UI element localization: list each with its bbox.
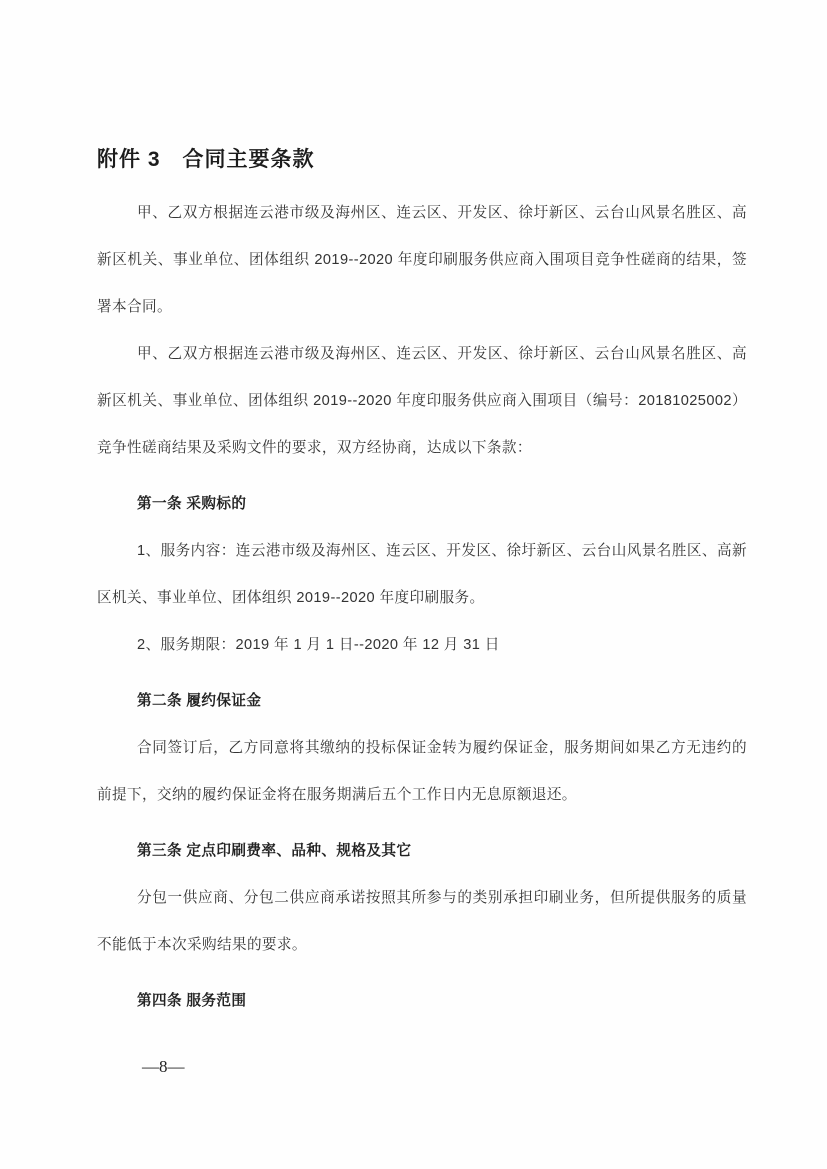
section-heading-article-3: 第三条 定点印刷费率、品种、规格及其它	[97, 828, 747, 875]
document-page: 附件 3 合同主要条款 甲、乙双方根据连云港市级及海州区、连云区、开发区、徐圩新…	[0, 0, 827, 1169]
section-heading-article-1: 第一条 采购标的	[97, 481, 747, 528]
page-number: —8—	[142, 1053, 185, 1081]
paragraph-printing-commitment: 分包一供应商、分包二供应商承诺按照其所参与的类别承担印刷业务，但所提供服务的质量…	[97, 875, 747, 969]
paragraph-service-content: 1、服务内容：连云港市级及海州区、连云区、开发区、徐圩新区、云台山风景名胜区、高…	[97, 528, 747, 622]
document-title: 附件 3 合同主要条款	[97, 146, 747, 174]
paragraph-intro-1: 甲、乙双方根据连云港市级及海州区、连云区、开发区、徐圩新区、云台山风景名胜区、高…	[97, 190, 747, 331]
paragraph-service-period: 2、服务期限：2019 年 1 月 1 日--2020 年 12 月 31 日	[97, 622, 747, 669]
document-content: 附件 3 合同主要条款 甲、乙双方根据连云港市级及海州区、连云区、开发区、徐圩新…	[97, 0, 747, 1025]
paragraph-intro-2: 甲、乙双方根据连云港市级及海州区、连云区、开发区、徐圩新区、云台山风景名胜区、高…	[97, 331, 747, 472]
section-heading-article-2: 第二条 履约保证金	[97, 678, 747, 725]
paragraph-performance-bond: 合同签订后，乙方同意将其缴纳的投标保证金转为履约保证金，服务期间如果乙方无违约的…	[97, 725, 747, 819]
section-heading-article-4: 第四条 服务范围	[97, 978, 747, 1025]
